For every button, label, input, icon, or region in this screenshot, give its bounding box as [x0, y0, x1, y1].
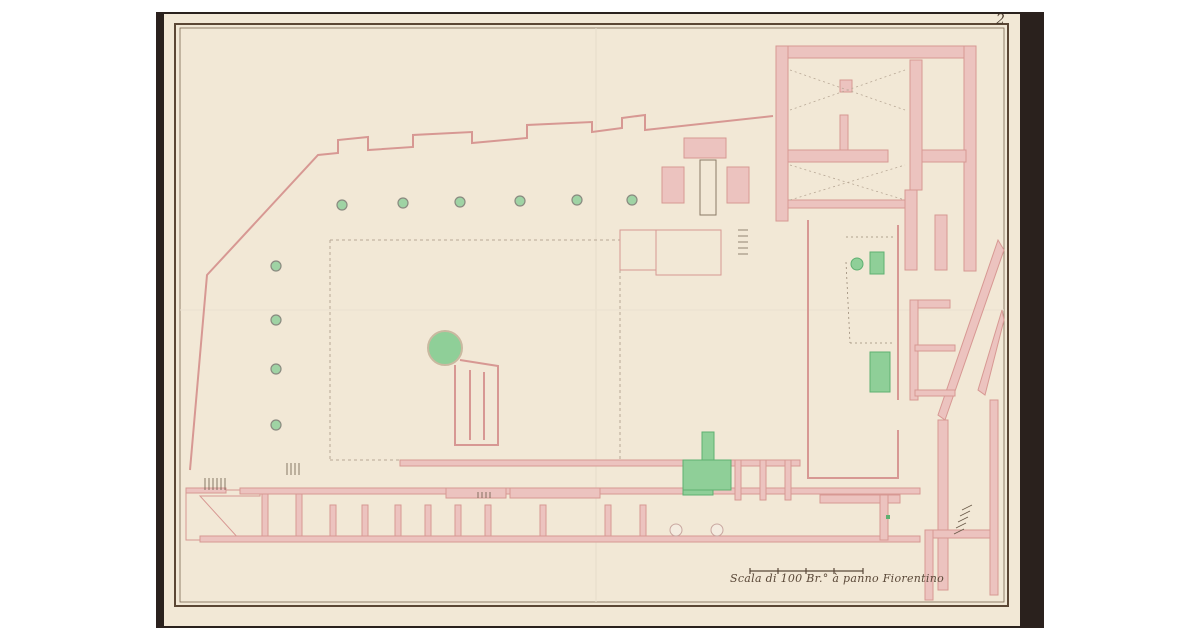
central-pavilion	[620, 138, 749, 275]
round-basin	[428, 331, 462, 365]
south-round-elements	[670, 524, 723, 536]
floor-plan-drawing	[0, 0, 1200, 628]
south-range-piers	[262, 460, 900, 540]
narrow-wing	[455, 360, 498, 445]
sheet-number: 2	[996, 12, 1005, 28]
dashed-paving-lines	[330, 240, 620, 460]
columns-left-column	[271, 261, 281, 430]
central-parterre	[683, 432, 731, 495]
courtyard-outline	[190, 115, 773, 470]
east-diagonal-wing	[925, 240, 1004, 600]
east-garden-beds	[851, 252, 890, 392]
pavilion-stairs	[738, 230, 748, 254]
marker-square	[886, 515, 890, 519]
scale-caption: Scala di 100 Br.° à panno Fiorentino	[730, 572, 944, 585]
columns-top-row	[337, 195, 637, 210]
